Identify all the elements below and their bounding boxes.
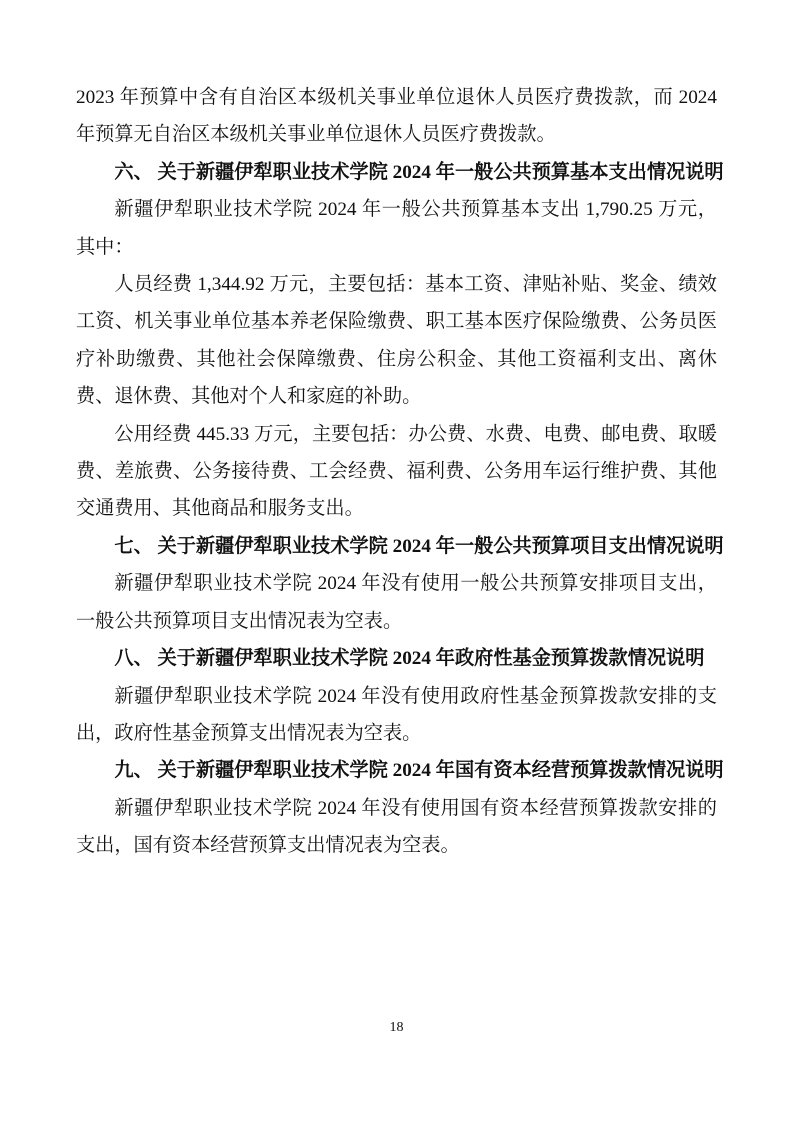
body-paragraph: 公用经费 445.33 万元，主要包括：办公费、水费、电费、邮电费、取暖费、差旅… [76, 416, 717, 528]
section-heading: 六、 关于新疆伊犁职业技术学院 2024 年一般公共预算基本支出情况说明 [76, 154, 717, 191]
page-number: 18 [0, 1019, 793, 1037]
body-paragraph: 新疆伊犁职业技术学院 2024 年没有使用国有资本经营预算拨款安排的支出，国有资… [76, 790, 717, 865]
body-paragraph: 人员经费 1,344.92 万元，主要包括：基本工资、津贴补贴、奖金、绩效工资、… [76, 266, 717, 416]
body-paragraph: 2023 年预算中含有自治区本级机关事业单位退休人员医疗费拨款，而 2024 年… [76, 79, 717, 154]
body-paragraph: 新疆伊犁职业技术学院 2024 年一般公共预算基本支出 1,790.25 万元，… [76, 191, 717, 266]
section-heading: 九、 关于新疆伊犁职业技术学院 2024 年国有资本经营预算拨款情况说明 [76, 752, 717, 789]
section-heading: 八、 关于新疆伊犁职业技术学院 2024 年政府性基金预算拨款情况说明 [76, 640, 717, 677]
body-paragraph: 新疆伊犁职业技术学院 2024 年没有使用政府性基金预算拨款安排的支出，政府性基… [76, 678, 717, 753]
body-paragraph: 新疆伊犁职业技术学院 2024 年没有使用一般公共预算安排项目支出，一般公共预算… [76, 565, 717, 640]
document-page: 2023 年预算中含有自治区本级机关事业单位退休人员医疗费拨款，而 2024 年… [0, 0, 793, 1122]
section-heading: 七、 关于新疆伊犁职业技术学院 2024 年一般公共预算项目支出情况说明 [76, 528, 717, 565]
document-body: 2023 年预算中含有自治区本级机关事业单位退休人员医疗费拨款，而 2024 年… [76, 79, 717, 865]
